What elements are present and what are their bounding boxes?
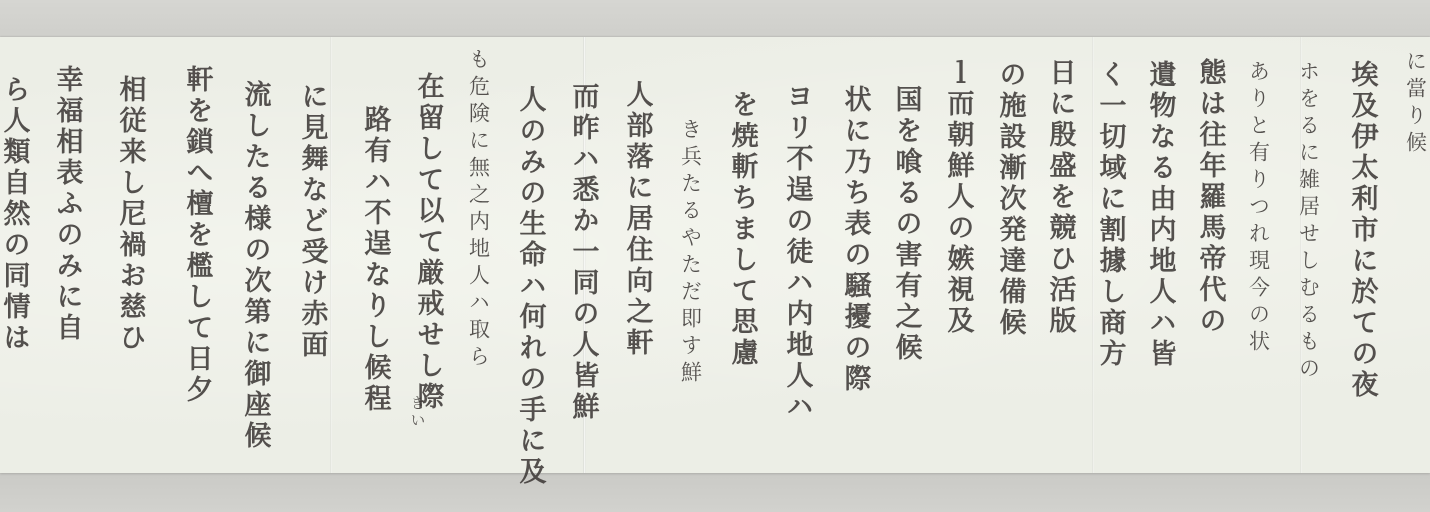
marginal-note: きい <box>410 395 425 429</box>
background-top <box>0 0 1430 38</box>
handwritten-column: に當り候 <box>1405 50 1426 158</box>
handwritten-column: 人部落に居住向之軒 <box>624 80 651 359</box>
handwritten-column: 人のみの生命ハ何れの手に及 <box>517 85 544 488</box>
handwritten-column: ヨリ不逞の徒ハ内地人ハ <box>784 82 811 423</box>
handwritten-column: く一切域に割據し商方 <box>1097 60 1124 370</box>
handwritten-column: 遺物なる由内地人ハ皆 <box>1147 60 1174 370</box>
handwritten-column: 在留して以て厳戒せし際 <box>415 72 442 413</box>
handwritten-column: も危険に無之内地人ハ取ら <box>468 48 489 372</box>
handwritten-column: の施設漸次発達備候 <box>997 60 1024 339</box>
background-bottom <box>0 472 1430 512</box>
handwritten-column: ホをるに雑居せしむるもの <box>1298 60 1319 384</box>
handwritten-column: 幸福相表ふのみに自 <box>54 65 81 344</box>
handwritten-column: ありと有りつれ現今の状 <box>1248 60 1269 357</box>
handwritten-column: 国を喰るの害有之候 <box>893 85 920 364</box>
handwritten-column: 状に乃ち表の騒擾の際 <box>842 85 869 395</box>
handwritten-column: 流したる様の次第に御座候 <box>242 80 269 452</box>
handwritten-column: 軒を鎖へ檀を檻して日夕 <box>184 65 211 406</box>
handwritten-column: 相従来し尼禍お慈ひ <box>117 75 144 354</box>
handwritten-column: き兵たるやただ即す鮮 <box>680 118 701 388</box>
handwritten-column: に見舞など受け赤面 <box>299 82 326 361</box>
handwritten-column: 埃及伊太利市に於ての夜 <box>1349 60 1376 401</box>
handwritten-column: 日に殷盛を競ひ活版 <box>1047 58 1074 337</box>
scroll-paper: に當り候埃及伊太利市に於ての夜ホをるに雑居せしむるものありと有りつれ現今の状態は… <box>0 37 1430 473</box>
handwritten-column: 而昨ハ悉か一同の人皆鮮 <box>570 82 597 423</box>
handwritten-column: ら人類自然の同情は <box>1 75 28 354</box>
handwritten-column: ｌ而朝鮮人の嫉視及 <box>945 58 972 337</box>
paper-fold-line <box>330 37 332 473</box>
handwritten-column: を焼斬ちまして思慮 <box>729 90 756 369</box>
handwritten-column: 路有ハ不逞なりし候程 <box>362 105 389 415</box>
handwritten-column: 態は往年羅馬帝代の <box>1197 58 1224 337</box>
